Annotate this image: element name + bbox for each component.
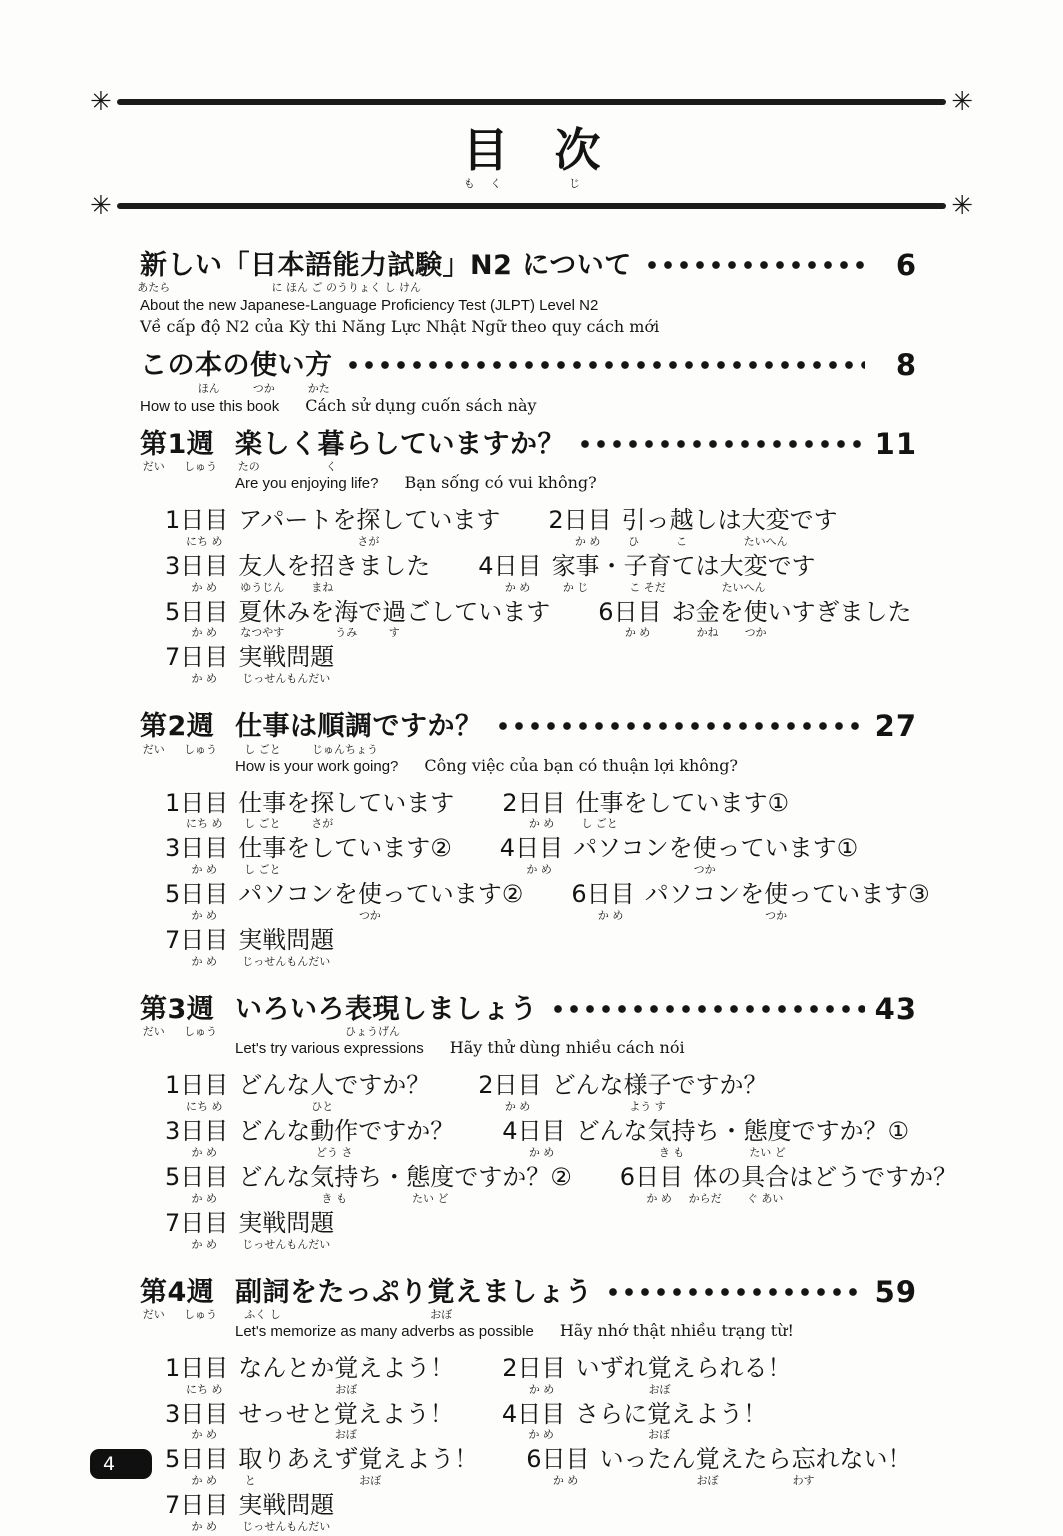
text-segment: 5	[165, 599, 180, 640]
text-segment: 日目にち め	[180, 507, 228, 548]
text-segment: 第だい	[140, 711, 168, 755]
day-row: 5日目か め夏休なつやすみを海うみで過すごしています6日目か めお金かねを使つか…	[165, 599, 917, 640]
base-text: 日目	[518, 790, 566, 818]
base-text: 体	[693, 1164, 717, 1192]
furigana-text: だい	[143, 1308, 165, 1321]
base-text: 日目	[180, 507, 228, 535]
furigana-text: つか	[253, 382, 275, 395]
base-text: 2	[502, 790, 517, 818]
text-segment: ち・	[358, 1164, 406, 1205]
ornament-rule-top: ✳ ✳	[90, 88, 973, 116]
text-segment: の	[717, 1164, 741, 1205]
week-label: 第だい3週しゅう	[140, 994, 235, 1038]
ornament-rule-bottom: ✳ ✳	[90, 192, 973, 220]
base-text: 1	[168, 429, 187, 460]
day-row: 3日目か めせっせと覚おぼえよう！4日目か めさらに覚おぼえよう！	[165, 1401, 917, 1442]
furigana-text: か め	[192, 909, 218, 922]
furigana-text: す	[389, 626, 400, 639]
day-label: 4日目か め	[502, 1401, 565, 1442]
text-segment: 順調じゅんちょう	[318, 711, 373, 755]
day-item: 6日目か めいったん覚おぼえたら忘わすれない！	[526, 1446, 911, 1487]
text-segment: 副詞ふく し	[235, 1277, 290, 1321]
text-segment: 動作どう さ	[310, 1118, 358, 1159]
week-subtitle-vi: Hãy nhớ thật nhiều trạng từ!	[560, 1321, 794, 1340]
base-text: 週	[187, 1277, 215, 1308]
day-title: 実戦問題じっせんもんだい	[238, 927, 334, 968]
text-segment: はどうですか？	[789, 1164, 957, 1205]
base-text: 2	[502, 1355, 517, 1383]
base-text: 日目	[180, 599, 228, 627]
week-section: 第だい3週しゅういろいろ表現ひょうげんしましょう43Let's try vari…	[140, 994, 917, 1251]
day-item: 1日目にち めどんな人ひとですか？	[165, 1072, 430, 1113]
text-segment: 2	[548, 507, 563, 548]
base-text: 3	[165, 1401, 180, 1429]
day-row: 3日目か めどんな動作どう さですか？4日目か めどんな気持き もち・態度たい …	[165, 1118, 917, 1159]
page-ref: 8	[875, 350, 917, 382]
furigana-text: か め	[192, 581, 218, 594]
text-segment: えられる！	[672, 1355, 792, 1396]
day-row: 5日目か め取とりあえず覚おぼえよう！6日目か めいったん覚おぼえたら忘わすれな…	[165, 1446, 917, 1487]
text-segment: 越こ	[670, 507, 694, 548]
furigana-text: たい ど	[749, 1146, 786, 1159]
base-text: 日目	[180, 1355, 228, 1383]
furigana-text: にち め	[186, 1100, 223, 1113]
base-text: 使	[764, 881, 788, 909]
text-segment: 日目か め	[180, 599, 228, 640]
text-segment: 使つか	[250, 350, 278, 394]
day-item: 2日目か め引ひっ越こしは大変たいへんです	[548, 507, 837, 548]
furigana-text: かね	[697, 626, 719, 639]
text-segment: 週しゅう	[187, 711, 215, 755]
base-text: ですか？	[672, 1072, 768, 1100]
base-text: 本	[195, 350, 223, 381]
text-segment: 日目か め	[180, 553, 228, 594]
text-segment: 気持き も	[648, 1118, 696, 1159]
furigana-text: まね	[311, 581, 333, 594]
base-text: 子育	[624, 553, 672, 581]
base-text: 3	[165, 835, 180, 863]
base-text: 日目	[180, 1446, 228, 1474]
base-text: しく	[263, 429, 318, 460]
base-text: 覚	[428, 1277, 456, 1308]
base-text: 日目	[494, 553, 542, 581]
furigana-text: か め	[192, 1428, 218, 1441]
text-segment: 使つか	[693, 835, 717, 876]
day-item: 1日目にち めなんとか覚おぼえよう！	[165, 1355, 454, 1396]
week-title: 仕事し ごとは順調じゅんちょうですか？	[235, 711, 483, 755]
week-subtitle-en: Let's try various expressions	[235, 1040, 424, 1057]
rule-line	[117, 203, 946, 209]
day-label: 1日目にち め	[165, 1355, 228, 1396]
day-label: 5日目か め	[165, 599, 228, 640]
day-list: 1日目にち め仕事し ごとを探さがしています2日目か め仕事し ごとをしています…	[165, 790, 917, 968]
text-segment: 気持き も	[310, 1164, 358, 1205]
text-segment: 7	[165, 1492, 180, 1533]
base-text: どんな	[238, 1072, 310, 1100]
furigana-text: か め	[192, 863, 218, 876]
base-text: 使	[250, 350, 278, 381]
furigana-text: じっせんもんだい	[242, 1238, 330, 1251]
furigana-text: おぼ	[649, 1383, 671, 1396]
text-segment: 覚おぼ	[647, 1401, 671, 1442]
base-text: 第	[140, 711, 168, 742]
text-segment: どんな	[552, 1072, 624, 1113]
base-text: どんな	[552, 1072, 624, 1100]
text-segment: っています②	[382, 881, 524, 922]
furigana-text: か め	[192, 1520, 218, 1533]
day-title: 引ひっ越こしは大変たいへんです	[622, 507, 838, 548]
base-text: 引	[622, 507, 646, 535]
base-text: 過	[382, 599, 406, 627]
text-segment: しい「	[168, 250, 251, 294]
furigana-text: あたら	[137, 281, 170, 294]
furigana-text: おぼ	[335, 1383, 357, 1396]
text-segment: なんとか	[238, 1355, 334, 1396]
base-text: 覚	[696, 1446, 720, 1474]
furigana-text: おぼ	[697, 1474, 719, 1487]
furigana-text: つか	[765, 909, 787, 922]
text-segment: 態度たい ど	[406, 1164, 454, 1205]
base-text: いすぎました	[768, 599, 912, 627]
day-row: 3日目か め友人ゆうじんを招まねきました4日目か め家事か じ・子育こ そだては…	[165, 553, 917, 594]
base-text: えよう！	[382, 1446, 478, 1474]
furigana-text: じっせんもんだい	[242, 1520, 330, 1533]
day-label: 5日目か め	[165, 1446, 228, 1487]
page-title: 目も く次じ	[0, 118, 1063, 190]
day-row: 3日目か め仕事し ごとをしています②4日目か めパソコンを使つかっています①	[165, 835, 917, 876]
text-segment: 探さが	[310, 790, 334, 831]
base-text: っています①	[717, 835, 859, 863]
day-item: 5日目か め夏休なつやすみを海うみで過すごしています	[165, 599, 550, 640]
furigana-text: ふく し	[244, 1308, 281, 1321]
base-text: 日目	[180, 835, 228, 863]
text-segment: で	[358, 599, 382, 640]
base-text: ・	[600, 553, 624, 581]
furigana-text: わす	[793, 1474, 815, 1487]
text-segment: 第だい	[140, 429, 168, 473]
text-segment: 日目か め	[180, 1118, 228, 1159]
week-heading-row: 第だい3週しゅういろいろ表現ひょうげんしましょう43	[140, 994, 917, 1038]
furigana-text: か め	[646, 1192, 672, 1205]
furigana-text: か め	[192, 1474, 218, 1487]
base-text: 2	[168, 711, 187, 742]
text-segment: 金かね	[696, 599, 720, 640]
week-title: いろいろ表現ひょうげんしましょう	[235, 994, 538, 1038]
text-segment: を	[286, 553, 310, 594]
day-label: 4日目か め	[478, 553, 541, 594]
furigana-text: どう さ	[316, 1146, 353, 1159]
base-text: 日目	[614, 599, 662, 627]
entry-subtitle: About the new Japanese-Language Proficie…	[140, 295, 917, 314]
base-text: ですか？①	[792, 1118, 910, 1146]
furigana-text: たい ど	[412, 1192, 449, 1205]
day-title: パソコンを使つかっています③	[645, 881, 930, 922]
text-segment: 2	[502, 1355, 517, 1396]
base-text: この	[140, 350, 195, 381]
toc-entry-row: 新あたらしい「日本語能力試験に ほん ご のうりょく し けん」N2 について6	[140, 250, 917, 294]
entry-title: 新あたらしい「日本語能力試験に ほん ご のうりょく し けん」N2 について	[140, 250, 632, 294]
base-text: ですか？②	[454, 1164, 572, 1192]
day-label: 5日目か め	[165, 881, 228, 922]
furigana-text: か め	[529, 1383, 555, 1396]
base-text: 4	[478, 553, 493, 581]
text-segment: きました	[334, 553, 430, 594]
base-text: 動作	[310, 1118, 358, 1146]
text-segment: 新あたら	[140, 250, 168, 294]
week-title: 副詞ふく しをたっぷり覚おぼえましょう	[235, 1277, 593, 1321]
toc-content: 新あたらしい「日本語能力試験に ほん ご のうりょく し けん」N2 について6…	[140, 250, 917, 1533]
page-ref: 11	[875, 429, 917, 461]
base-text: いろいろ	[235, 994, 345, 1025]
furigana-text: か め	[529, 1146, 555, 1159]
day-title: 仕事し ごとを探さがしています	[238, 790, 454, 831]
text-segment: 態度たい ど	[744, 1118, 792, 1159]
base-text: えましょう	[455, 1277, 593, 1308]
furigana-text: ぐ あい	[747, 1192, 784, 1205]
base-text: 日目	[635, 1164, 683, 1192]
furigana-text: だい	[143, 460, 165, 473]
text-segment: 日目か め	[180, 1401, 228, 1442]
day-label: 3日目か め	[165, 835, 228, 876]
base-text: 日本語能力試験	[250, 250, 443, 281]
day-title: 夏休なつやすみを海うみで過すごしています	[238, 599, 550, 640]
day-item: 3日目か めせっせと覚おぼえよう！	[165, 1401, 454, 1442]
text-segment: 使つか	[764, 881, 788, 922]
week-sections: 第だい1週しゅう楽たのしく暮くらしていますか？11Are you enjoyin…	[140, 429, 917, 1534]
base-text: 海	[334, 599, 358, 627]
dotted-leader	[495, 711, 865, 741]
base-text: 取	[238, 1446, 262, 1474]
text-segment: 海うみ	[334, 599, 358, 640]
furigana-text: ほん	[198, 382, 220, 395]
day-row: 7日目か め実戦問題じっせんもんだい	[165, 644, 917, 685]
text-segment: ですか？	[373, 711, 483, 755]
furigana-text: おぼ	[430, 1308, 452, 1321]
base-text: 6	[620, 1164, 635, 1192]
furigana-text: よう す	[629, 1100, 666, 1113]
text-segment: です	[768, 553, 816, 594]
asterisk-ornament: ✳	[951, 193, 973, 219]
week-label: 第だい2週しゅう	[140, 711, 235, 755]
base-text: 覚	[648, 1355, 672, 1383]
base-text: 7	[165, 1492, 180, 1520]
day-label: 3日目か め	[165, 1118, 228, 1159]
base-text: いったん	[600, 1446, 696, 1474]
furigana-text: ひょうげん	[345, 1025, 400, 1038]
text-segment: 日目か め	[518, 790, 566, 831]
text-segment: 1	[165, 507, 180, 548]
day-item: 7日目か め実戦問題じっせんもんだい	[165, 1492, 334, 1533]
text-segment: えよう！	[382, 1446, 478, 1487]
asterisk-ornament: ✳	[90, 193, 112, 219]
base-text: アパートを	[238, 507, 356, 535]
base-text: 忘	[792, 1446, 816, 1474]
day-title: 友人ゆうじんを招まねきました	[238, 553, 430, 594]
base-text: 暮	[318, 429, 346, 460]
week-subtitle-vi: Bạn sống có vui không?	[404, 473, 596, 492]
base-text: 覚	[647, 1401, 671, 1429]
text-segment: 覚おぼ	[696, 1446, 720, 1487]
furigana-text: に ほん ご のうりょく し けん	[272, 281, 421, 294]
furigana-text: ひと	[311, 1100, 333, 1113]
week-subtitle-en: Let's memorize as many adverbs as possib…	[235, 1323, 534, 1340]
day-row: 1日目にち めどんな人ひとですか？2日目か めどんな様子よう すですか？	[165, 1072, 917, 1113]
text-segment: 日目にち め	[180, 1072, 228, 1113]
day-label: 3日目か め	[165, 1401, 228, 1442]
text-segment: しましょう	[400, 994, 538, 1038]
base-text: 第	[140, 1277, 168, 1308]
base-text: 日目	[180, 1401, 228, 1429]
base-text: 日目	[518, 1355, 566, 1383]
day-item: 4日目か めパソコンを使つかっています①	[500, 835, 858, 876]
base-text: はどうですか？	[789, 1164, 957, 1192]
base-text: 6	[571, 881, 586, 909]
text-segment: 様子よう す	[624, 1072, 672, 1113]
day-title: パソコンを使つかっています①	[573, 835, 858, 876]
text-segment: 日目か め	[180, 835, 228, 876]
text-segment: どんな	[238, 1118, 310, 1159]
day-title: 実戦問題じっせんもんだい	[238, 644, 334, 685]
base-text: 使	[693, 835, 717, 863]
text-segment: しく	[263, 429, 318, 473]
text-segment: どんな	[238, 1072, 310, 1113]
furigana-text: し ごと	[244, 817, 281, 830]
day-title: パソコンを使つかっています②	[238, 881, 523, 922]
base-text: 気持	[648, 1118, 696, 1146]
text-segment: 引ひ	[622, 507, 646, 548]
entry-subtitle-vi: Cách sử dụng cuốn sách này	[305, 396, 536, 415]
day-label: 1日目にち め	[165, 1072, 228, 1113]
text-segment: らしていますか？	[345, 429, 565, 473]
base-text: しましょう	[400, 994, 538, 1025]
furigana-text: か め	[575, 535, 601, 548]
text-segment: 日目か め	[180, 1210, 228, 1251]
rule-line	[117, 99, 946, 105]
base-text: いずれ	[576, 1355, 648, 1383]
base-text: 5	[165, 1164, 180, 1192]
text-segment: ですか？①	[792, 1118, 910, 1159]
furigana-text: じゅんちょう	[312, 743, 378, 756]
text-segment: 3	[165, 553, 180, 594]
text-segment: 日目か め	[180, 927, 228, 968]
furigana-text: か め	[528, 1428, 554, 1441]
furigana-text: たいへん	[744, 535, 788, 548]
text-segment: 実戦問題じっせんもんだい	[238, 927, 334, 968]
base-text: 1	[165, 507, 180, 535]
base-text: どんな	[238, 1164, 310, 1192]
text-segment: しは	[694, 507, 742, 548]
text-segment: 4	[478, 553, 493, 594]
base-text: えられる！	[672, 1355, 792, 1383]
day-title: どんな様子よう すですか？	[552, 1072, 768, 1113]
day-label: 2日目か め	[548, 507, 611, 548]
furigana-text: にち め	[186, 1383, 223, 1396]
text-segment: 過す	[382, 599, 406, 640]
day-label: 1日目にち め	[165, 790, 228, 831]
base-text: なんとか	[238, 1355, 334, 1383]
page-number: 4	[103, 1455, 115, 1474]
base-text: をしています②	[286, 835, 452, 863]
day-item: 5日目か めどんな気持き もち・態度たい どですか？②	[165, 1164, 572, 1205]
base-text: 気持	[310, 1164, 358, 1192]
day-row: 5日目か めどんな気持き もち・態度たい どですか？②6日目か め体からだの具合…	[165, 1164, 917, 1205]
furigana-text: しゅう	[184, 1025, 217, 1038]
base-text: の	[223, 350, 251, 381]
furigana-text: か め	[553, 1474, 579, 1487]
day-label: 3日目か め	[165, 553, 228, 594]
text-segment: 1	[165, 1072, 180, 1113]
base-text: 週	[187, 711, 215, 742]
text-segment: パソコンを	[645, 881, 765, 922]
text-segment: 次じ	[555, 124, 601, 190]
text-segment: れない！	[816, 1446, 912, 1487]
text-segment: 3	[165, 835, 180, 876]
text-segment: 楽たの	[235, 429, 263, 473]
day-label: 6日目か め	[620, 1164, 683, 1205]
text-segment: 体からだ	[693, 1164, 717, 1205]
day-title: いずれ覚おぼえられる！	[576, 1355, 792, 1396]
text-segment: 目も く	[463, 124, 509, 190]
day-title: 取とりあえず覚おぼえよう！	[238, 1446, 478, 1487]
text-segment: 第だい	[140, 1277, 168, 1321]
text-segment: 大変たいへん	[720, 553, 768, 594]
text-segment: です	[790, 507, 838, 548]
text-segment: お	[672, 599, 696, 640]
text-segment: 方かた	[305, 350, 333, 394]
base-text: 実戦問題	[238, 1492, 334, 1520]
base-text: えたら	[720, 1446, 792, 1474]
day-item: 2日目か めどんな様子よう すですか？	[478, 1072, 767, 1113]
base-text: 日目	[587, 881, 635, 909]
dotted-leader	[577, 429, 865, 459]
text-segment: 3	[165, 1401, 180, 1442]
week-section: 第だい1週しゅう楽たのしく暮くらしていますか？11Are you enjoyin…	[140, 429, 917, 686]
text-segment: 日本語能力試験に ほん ご のうりょく し けん	[250, 250, 443, 294]
base-text: れない！	[816, 1446, 912, 1474]
text-segment: 日目か め	[635, 1164, 683, 1205]
furigana-text: じっせんもんだい	[242, 672, 330, 685]
base-text: お	[672, 599, 696, 627]
furigana-text: こ	[676, 535, 687, 548]
furigana-text: き も	[322, 1192, 348, 1205]
furigana-text: か め	[192, 1192, 218, 1205]
base-text: ですか？	[358, 1118, 454, 1146]
base-text: 実戦問題	[238, 927, 334, 955]
week-subtitle: Let's try various expressionsHãy thử dùn…	[235, 1038, 917, 1057]
base-text: 大変	[720, 553, 768, 581]
base-text: 態度	[406, 1164, 454, 1192]
front-matter-entries: 新あたらしい「日本語能力試験に ほん ご のうりょく し けん」N2 について6…	[140, 250, 917, 415]
toc-entry: 新あたらしい「日本語能力試験に ほん ご のうりょく し けん」N2 について6…	[140, 250, 917, 336]
week-subtitle-en: Are you enjoying life?	[235, 475, 378, 492]
text-segment: 週しゅう	[187, 994, 215, 1038]
base-text: みを	[286, 599, 334, 627]
day-row: 1日目にち め仕事し ごとを探さがしています2日目か め仕事し ごとをしています…	[165, 790, 917, 831]
day-label: 2日目か め	[478, 1072, 541, 1113]
base-text: 仕事	[238, 835, 286, 863]
text-segment: ては	[672, 553, 720, 594]
furigana-text: にち め	[186, 535, 223, 548]
furigana-text: じ	[569, 177, 586, 190]
furigana-text: さが	[357, 535, 379, 548]
entry-subtitle-en: About the new Japanese-Language Proficie…	[140, 297, 598, 314]
text-segment: せっせと	[238, 1401, 334, 1442]
text-segment: 4	[502, 1401, 517, 1442]
asterisk-ornament: ✳	[951, 89, 973, 115]
text-segment: 日目か め	[180, 881, 228, 922]
text-segment: しています	[334, 790, 454, 831]
day-item: 7日目か め実戦問題じっせんもんだい	[165, 927, 334, 968]
